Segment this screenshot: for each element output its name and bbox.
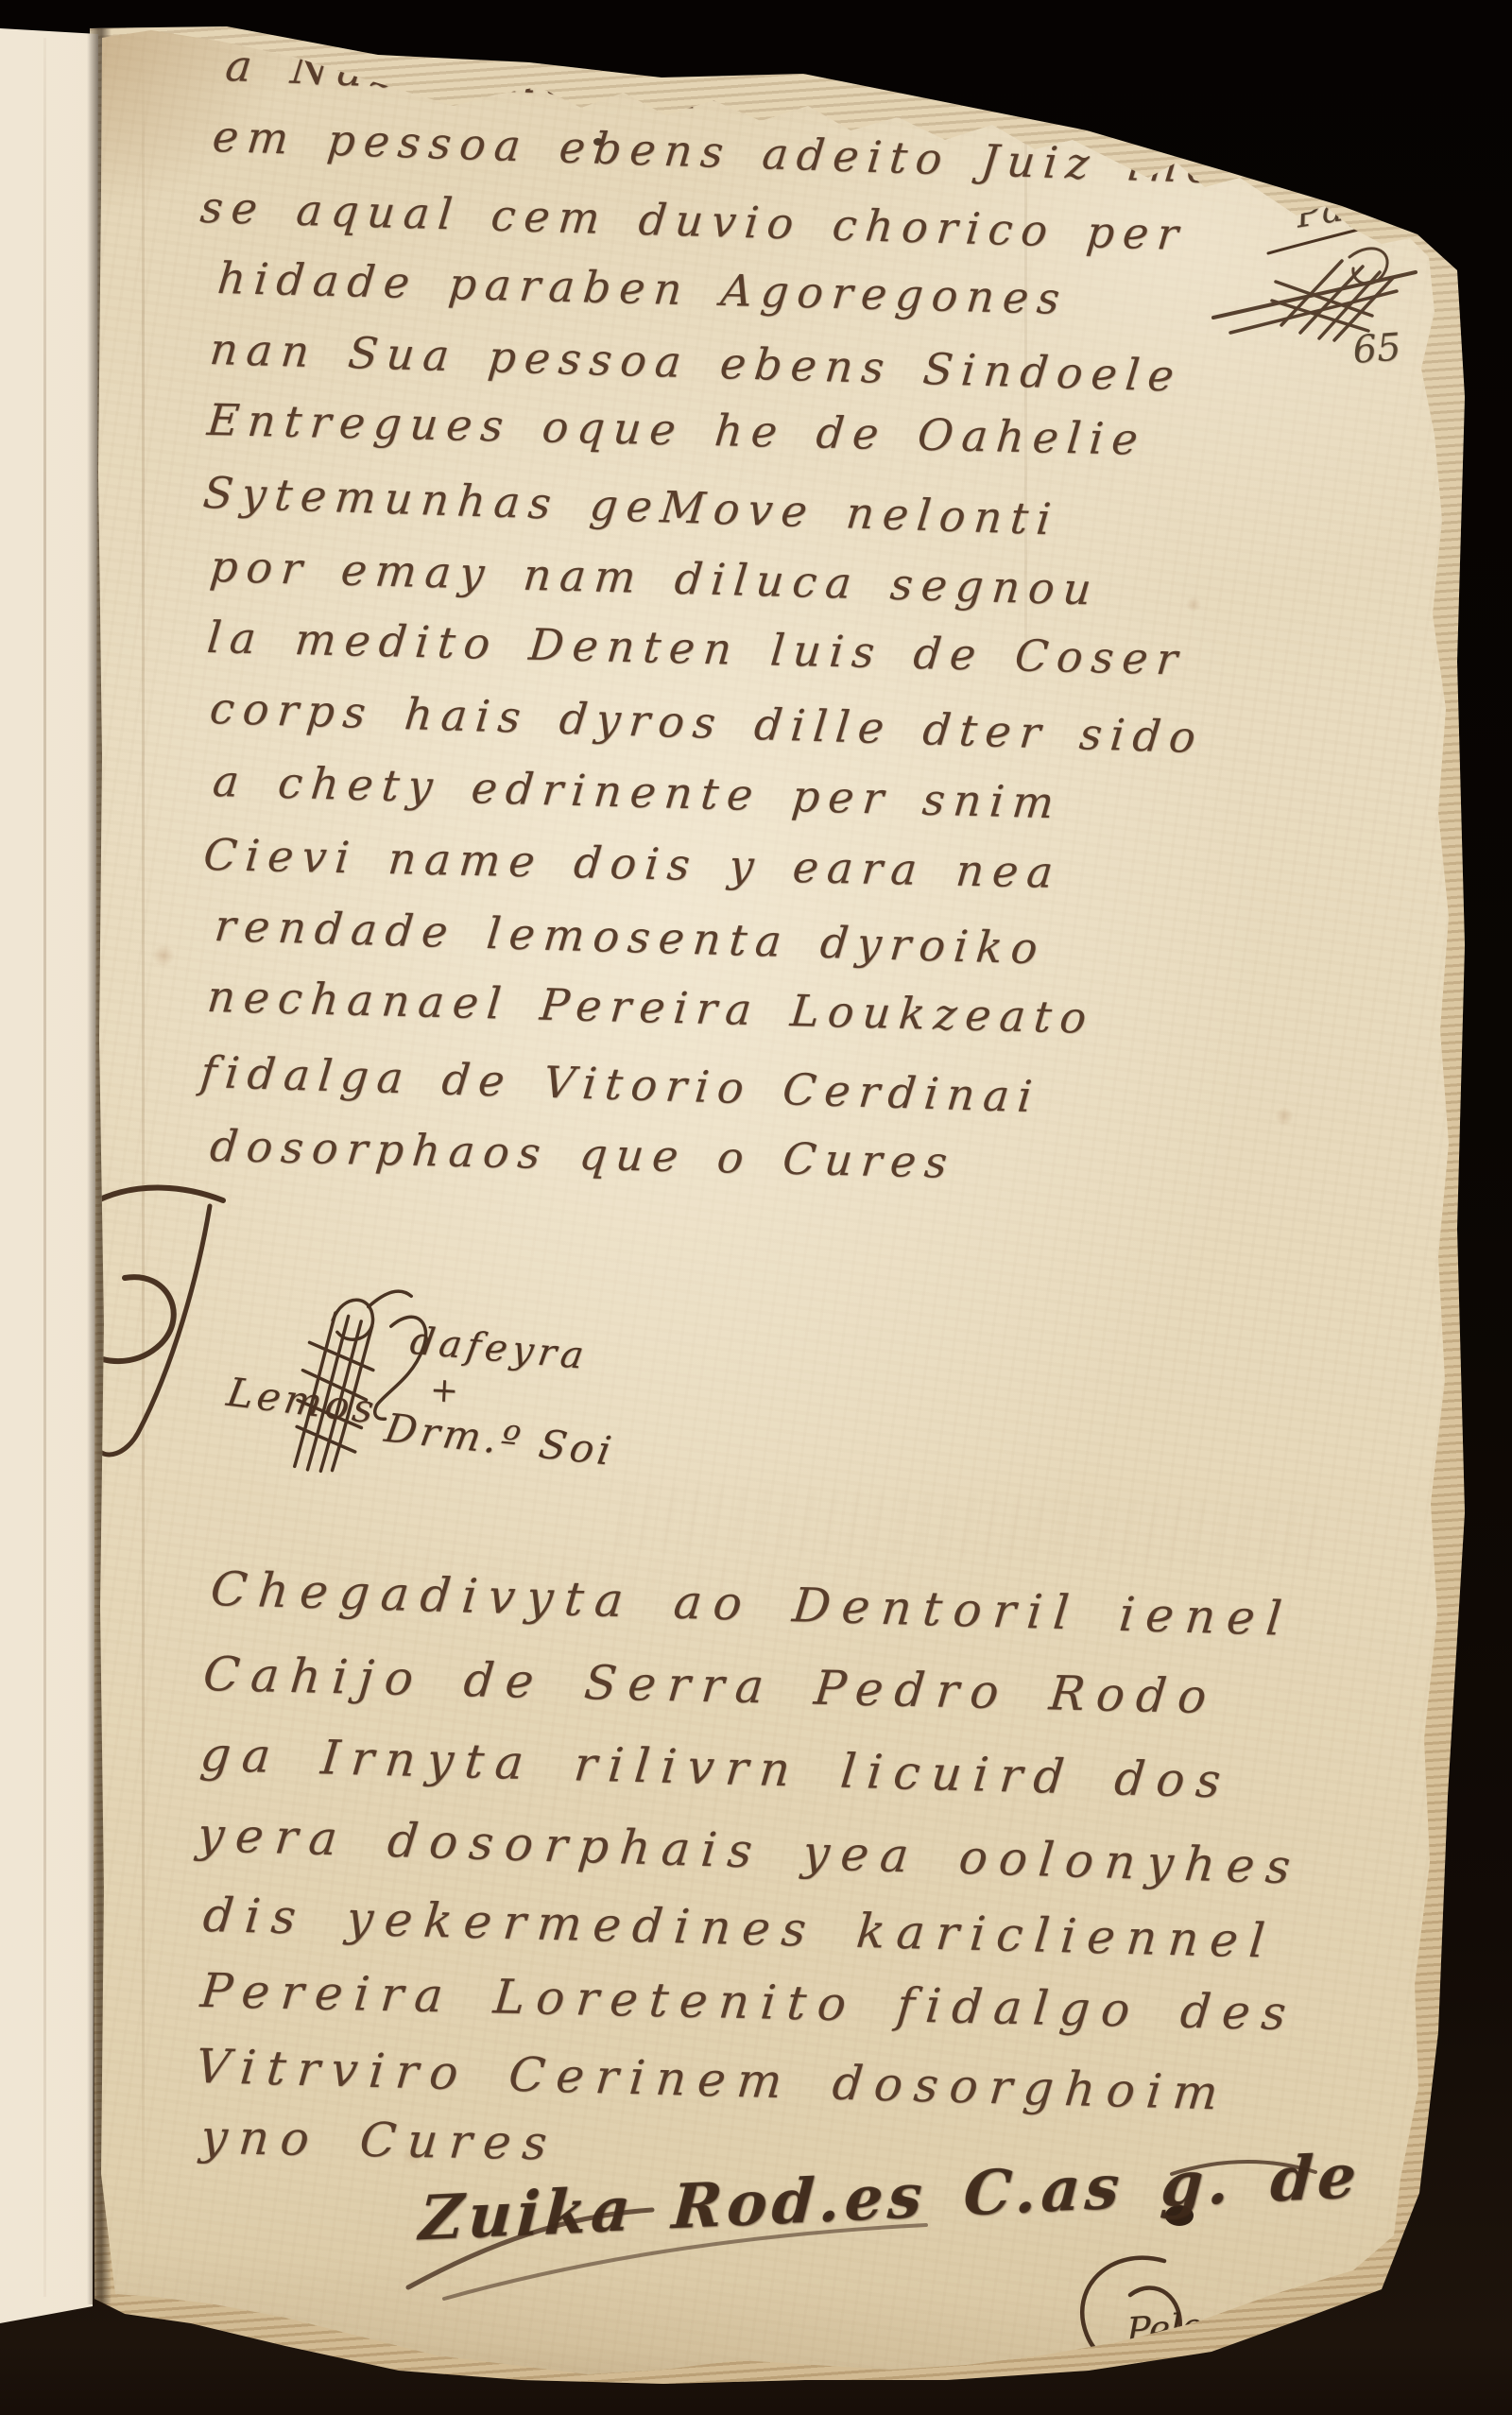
manuscript-photo: 5 Pag 65 a Nazimento equeomeyomo talqual… <box>0 0 1512 2415</box>
manuscript-page: 5 Pag 65 a Nazimento equeomeyomo talqual… <box>0 0 1512 2415</box>
corner-numeral: 5 <box>1342 119 1373 172</box>
manuscript-line: yno Cures <box>198 2110 560 2171</box>
folio-number: 65 <box>1351 325 1402 371</box>
gutter-fold-crease <box>43 38 46 2297</box>
attestation-cross-mark: + <box>429 1371 459 1411</box>
